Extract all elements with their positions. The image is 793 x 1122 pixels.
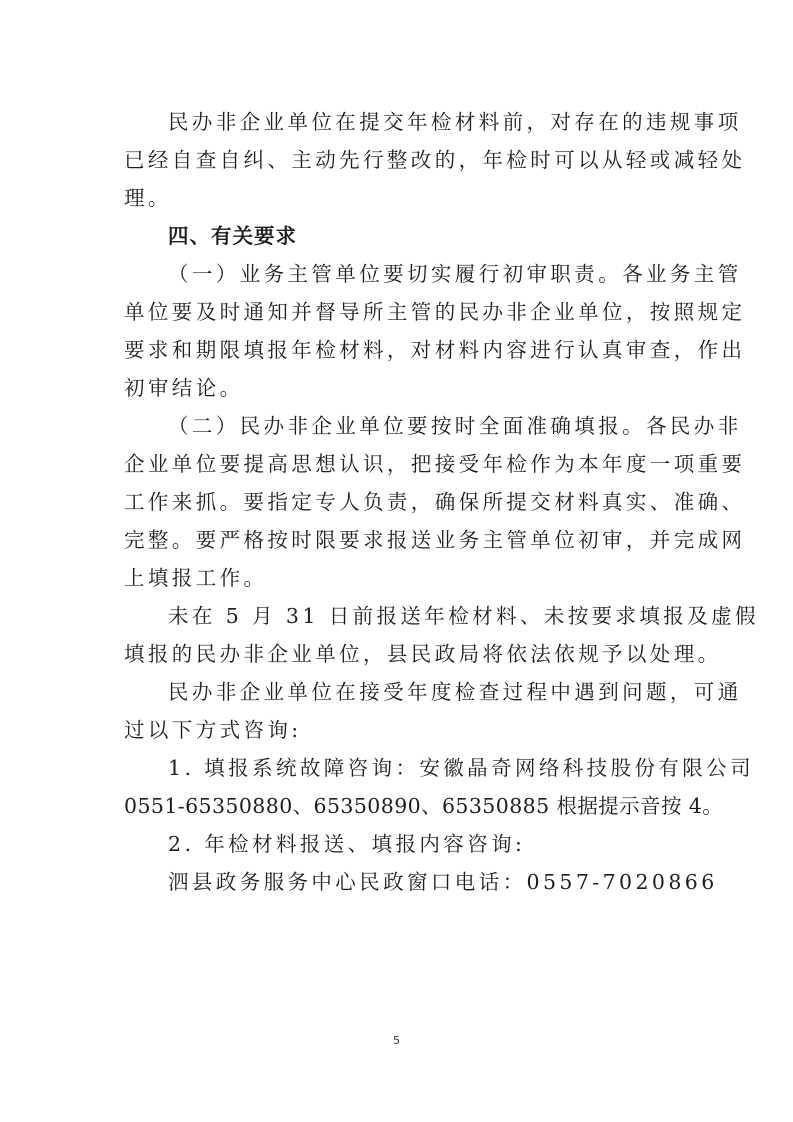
text-line: 完整。要严格按时限要求报送业务主管单位初审，并完成网 bbox=[124, 521, 679, 559]
page-number: 5 bbox=[0, 1034, 793, 1047]
paragraph-consult-intro: 民办非企业单位在接受年度检查过程中遇到问题，可通 过以下方式咨询: bbox=[124, 673, 679, 749]
text-line: （二）民办非企业单位要按时全面准确填报。各民办非 bbox=[124, 407, 679, 445]
text-line: 民办非企业单位在接受年度检查过程中遇到问题，可通 bbox=[124, 673, 679, 711]
section-heading: 四、有关要求 bbox=[124, 217, 679, 255]
text-line: 过以下方式咨询: bbox=[124, 711, 679, 749]
text-line: 初审结论。 bbox=[124, 369, 679, 407]
document-page: 民办非企业单位在提交年检材料前，对存在的违规事项 已经自查自纠、主动先行整改的，… bbox=[0, 0, 793, 1122]
paragraph-contact-1: 1. 填报系统故障咨询：安徽晶奇网络科技股份有限公司 0551-65350880… bbox=[124, 749, 679, 825]
text-line: 民办非企业单位在提交年检材料前，对存在的违规事项 bbox=[124, 103, 679, 141]
document-body: 民办非企业单位在提交年检材料前，对存在的违规事项 已经自查自纠、主动先行整改的，… bbox=[124, 103, 679, 901]
window-phone: 泗县政务服务中心民政窗口电话：0557-7020866 bbox=[124, 863, 679, 901]
text-line: 未在 5 月 31 日前报送年检材料、未按要求填报及虚假 bbox=[124, 597, 679, 635]
paragraph-deadline: 未在 5 月 31 日前报送年检材料、未按要求填报及虚假 填报的民办非企业单位，… bbox=[124, 597, 679, 673]
text-line: 要求和期限填报年检材料，对材料内容进行认真审查，作出 bbox=[124, 331, 679, 369]
phone-numbers: 0551-65350880、65350890、65350885 根据提示音按 4… bbox=[124, 787, 679, 825]
text-line: 已经自查自纠、主动先行整改的，年检时可以从轻或减轻处 bbox=[124, 141, 679, 179]
text-line: （一）业务主管单位要切实履行初审职责。各业务主管 bbox=[124, 255, 679, 293]
paragraph-item-2: （二）民办非企业单位要按时全面准确填报。各民办非 企业单位要提高思想认识，把接受… bbox=[124, 407, 679, 597]
paragraph-item-1: （一）业务主管单位要切实履行初审职责。各业务主管 单位要及时通知并督导所主管的民… bbox=[124, 255, 679, 407]
text-line: 单位要及时通知并督导所主管的民办非企业单位，按照规定 bbox=[124, 293, 679, 331]
text-line: 上填报工作。 bbox=[124, 559, 679, 597]
paragraph-self-correction: 民办非企业单位在提交年检材料前，对存在的违规事项 已经自查自纠、主动先行整改的，… bbox=[124, 103, 679, 217]
paragraph-contact-2: 2. 年检材料报送、填报内容咨询: 泗县政务服务中心民政窗口电话：0557-70… bbox=[124, 825, 679, 901]
text-line: 工作来抓。要指定专人负责，确保所提交材料真实、准确、 bbox=[124, 483, 679, 521]
text-line: 填报的民办非企业单位，县民政局将依法依规予以处理。 bbox=[124, 635, 679, 673]
text-line: 理。 bbox=[124, 179, 679, 217]
text-line: 1. 填报系统故障咨询：安徽晶奇网络科技股份有限公司 bbox=[124, 749, 679, 787]
text-line: 企业单位要提高思想认识，把接受年检作为本年度一项重要 bbox=[124, 445, 679, 483]
text-line: 2. 年检材料报送、填报内容咨询: bbox=[124, 825, 679, 863]
